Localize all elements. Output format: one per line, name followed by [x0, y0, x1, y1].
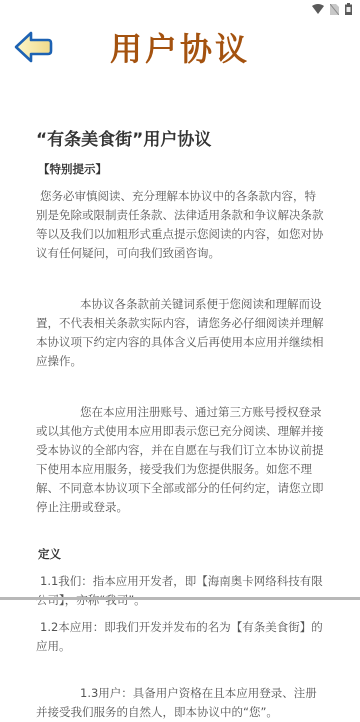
- no-sim-icon: [330, 4, 339, 15]
- status-icons: [312, 3, 352, 15]
- wifi-icon: [312, 4, 324, 14]
- paragraph-keywords: 本协议各条款前关键词系便于您阅读和理解而设置，不代表相关条款实际内容，请您务必仔…: [36, 295, 326, 371]
- document-title: “有条美食街”用户协议: [36, 128, 326, 152]
- paragraph-acceptance: 您在本应用注册账号、通过第三方账号授权登录或以其他方式使用本应用即表示您已充分阅…: [36, 403, 326, 517]
- special-notice-label: 【特别提示】: [38, 160, 326, 179]
- page-title: 用户协议: [0, 24, 360, 70]
- header: 用户协议: [0, 18, 360, 78]
- definition-we: 1.1我们：指本应用开发者，即【海南奥卡网络科技有限公司】，亦称“我司”。: [36, 572, 326, 600]
- paragraph-intro: 您务必审慎阅读、充分理解本协议中的各条款内容，特别是免除或限制责任条款、法律适用…: [36, 187, 326, 263]
- definitions-title: 定义: [38, 545, 326, 564]
- battery-icon: [345, 3, 352, 15]
- status-bar: [0, 0, 360, 18]
- agreement-content: “有条美食街”用户协议 【特别提示】 您务必审慎阅读、充分理解本协议中的各条款内…: [36, 128, 326, 600]
